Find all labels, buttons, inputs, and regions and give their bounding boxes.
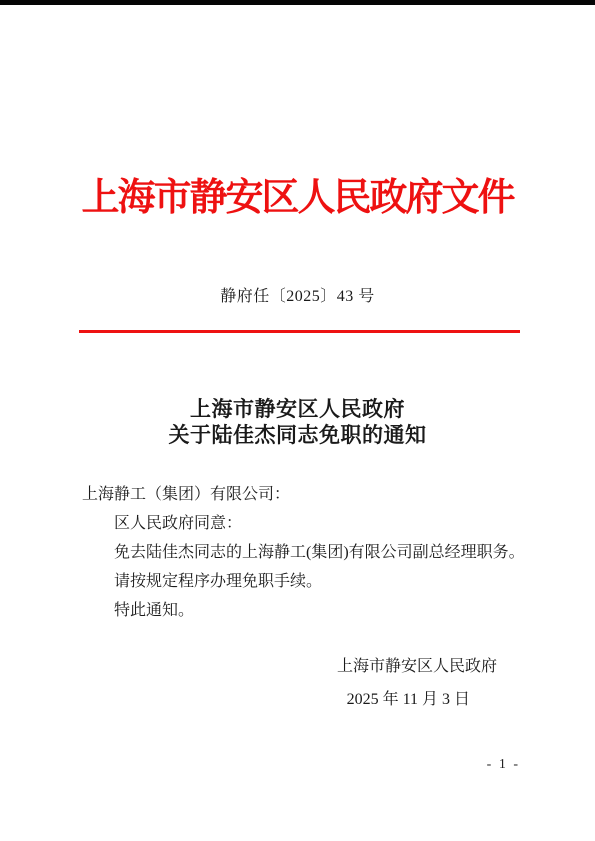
signature-org: 上海市静安区人民政府 [0,653,497,676]
page-number: - 1 - [487,757,520,773]
scan-edge-artifact [0,0,595,5]
body-paragraph: 请按规定程序办理免职手续。 [82,567,522,596]
body-paragraph: 免去陆佳杰同志的上海静工(集团)有限公司副总经理职务。 [82,538,522,567]
signature-date: 2025 年 11 月 3 日 [0,686,470,709]
body-paragraph: 区人民政府同意： [82,509,522,538]
document-title-line1: 上海市静安区人民政府 [0,396,595,422]
document-body: 上海静工（集团）有限公司： 区人民政府同意： 免去陆佳杰同志的上海静工(集团)有… [82,480,522,625]
document-title: 上海市静安区人民政府 关于陆佳杰同志免职的通知 [0,396,595,448]
document-title-line2: 关于陆佳杰同志免职的通知 [0,422,595,448]
body-paragraph: 特此通知。 [82,596,522,625]
recipient-line: 上海静工（集团）有限公司： [82,480,522,509]
document-page: 上海市静安区人民政府文件 静府任〔2025〕43 号 上海市静安区人民政府 关于… [0,0,595,841]
letterhead-divider [79,330,520,333]
letterhead-title: 上海市静安区人民政府文件 [0,166,595,221]
document-number: 静府任〔2025〕43 号 [0,283,595,306]
